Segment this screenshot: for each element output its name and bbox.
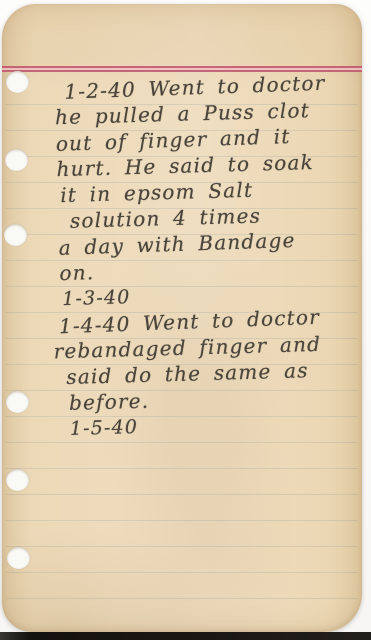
punch-hole [6,469,29,491]
handwriting: 1-2-40 Went to doctor he pulled a Puss c… [2,70,371,444]
punch-hole [7,547,30,569]
scanned-notebook-photo: 1-2-40 Went to doctor he pulled a Puss c… [0,0,371,640]
scan-bottom-edge [0,632,371,640]
notebook-page: 1-2-40 Went to doctor he pulled a Puss c… [2,4,362,632]
